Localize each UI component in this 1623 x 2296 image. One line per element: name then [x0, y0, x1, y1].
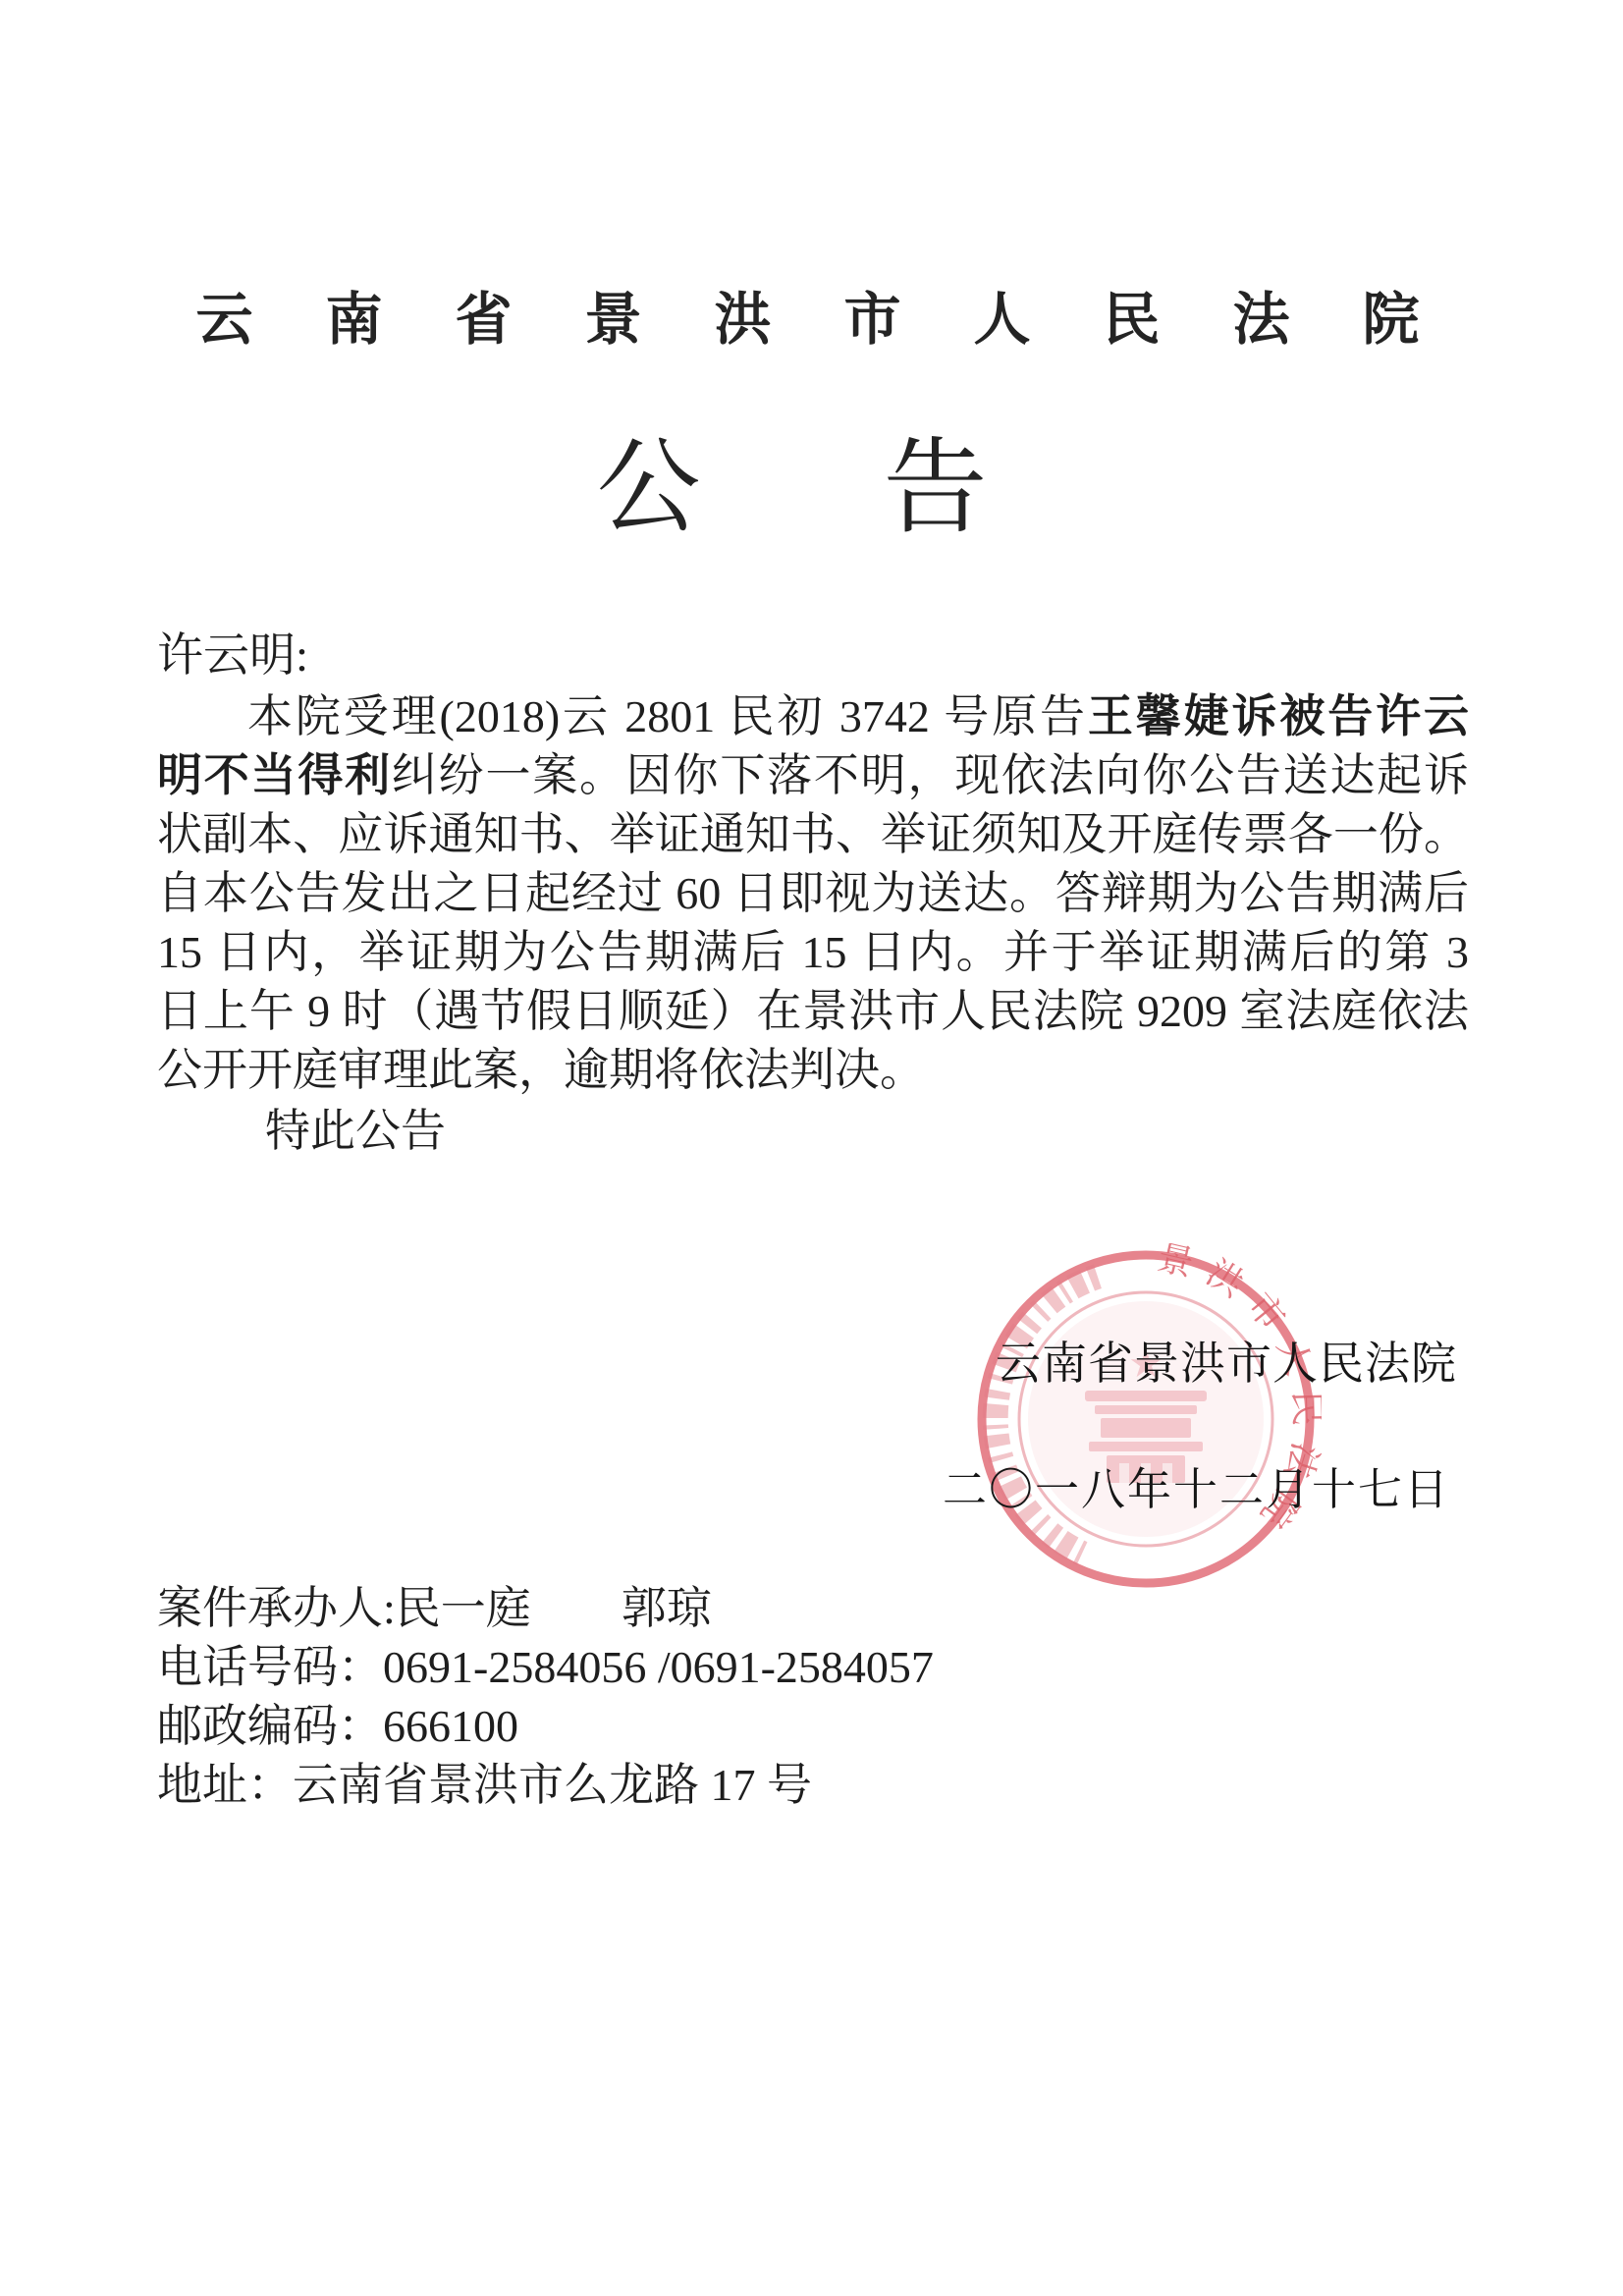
body-line: 日上午 9 时（遇节假日顺延）在景洪市人民法院 9209 室法庭依法 — [157, 982, 1469, 1041]
signature-court-name: 云南省景洪市人民法院 — [996, 1328, 1457, 1393]
body-line: 明不当得利纠纷一案。因你下落不明，现依法向你公告送达起诉 — [157, 746, 1469, 805]
address-value: 云南省景洪市么龙路 17 号 — [293, 1760, 812, 1810]
addressee-name: 许云明: — [157, 619, 308, 684]
case-type-bold-text: 明不当得利 — [157, 750, 392, 800]
body-line: 15 日内，举证期为公告期满后 15 日内。并于举证期满后的第 3 — [157, 923, 1469, 982]
body-line: 公开开庭审理此案，逾期将依法判决。 — [157, 1041, 1469, 1100]
case-intro-text: 本院受理(2018)云 2801 民初 3742 号原告 — [247, 691, 1088, 741]
official-seal-graphic: ★ 景洪市人民法院 — [970, 1243, 1322, 1595]
parties-bold-text: 王馨婕诉被告许云 — [1088, 691, 1469, 741]
phone-value: 0691-2584056 /0691-2584057 — [383, 1642, 934, 1692]
court-title: 云 南 省 景 洪 市 人 民 法 院 — [0, 273, 1623, 355]
signature-date: 二〇一八年十二月十七日 — [943, 1453, 1450, 1517]
case-handler-label: 案件承办人: — [157, 1583, 396, 1633]
body-line: 本院受理(2018)云 2801 民初 3742 号原告王馨婕诉被告许云 — [157, 687, 1469, 746]
postcode-label: 邮政编码： — [157, 1701, 383, 1751]
postcode-value: 666100 — [383, 1701, 518, 1751]
service-notice-text: 纠纷一案。因你下落不明，现依法向你公告送达起诉 — [392, 750, 1469, 800]
announcement-page: 云 南 省 景 洪 市 人 民 法 院 公 告 许云明: 本院受理(2018)云… — [0, 0, 1623, 2296]
body-line: 状副本、应诉通知书、举证通知书、举证须知及开庭传票各一份。 — [157, 805, 1469, 864]
phone-label: 电话号码： — [157, 1642, 383, 1692]
body-line: 自本公告发出之日起经过 60 日即视为送达。答辩期为公告期满后 — [157, 864, 1469, 923]
phone-row: 电话号码：0691-2584056 /0691-2584057 — [157, 1638, 934, 1697]
case-handler-row: 案件承办人:民一庭 郭琼 — [157, 1579, 934, 1638]
address-row: 地址：云南省景洪市么龙路 17 号 — [157, 1756, 934, 1815]
case-handler-value: 民一庭 郭琼 — [396, 1583, 712, 1633]
contact-block: 案件承办人:民一庭 郭琼 电话号码：0691-2584056 /0691-258… — [157, 1579, 934, 1815]
closing-phrase: 特此公告 — [157, 1102, 446, 1161]
official-seal: ★ 景洪市人民法院 — [970, 1243, 1322, 1595]
address-label: 地址： — [157, 1760, 293, 1810]
body-paragraph: 本院受理(2018)云 2801 民初 3742 号原告王馨婕诉被告许云 明不当… — [157, 687, 1469, 1100]
doc-title: 公 告 — [0, 405, 1623, 554]
postcode-row: 邮政编码：666100 — [157, 1697, 934, 1756]
